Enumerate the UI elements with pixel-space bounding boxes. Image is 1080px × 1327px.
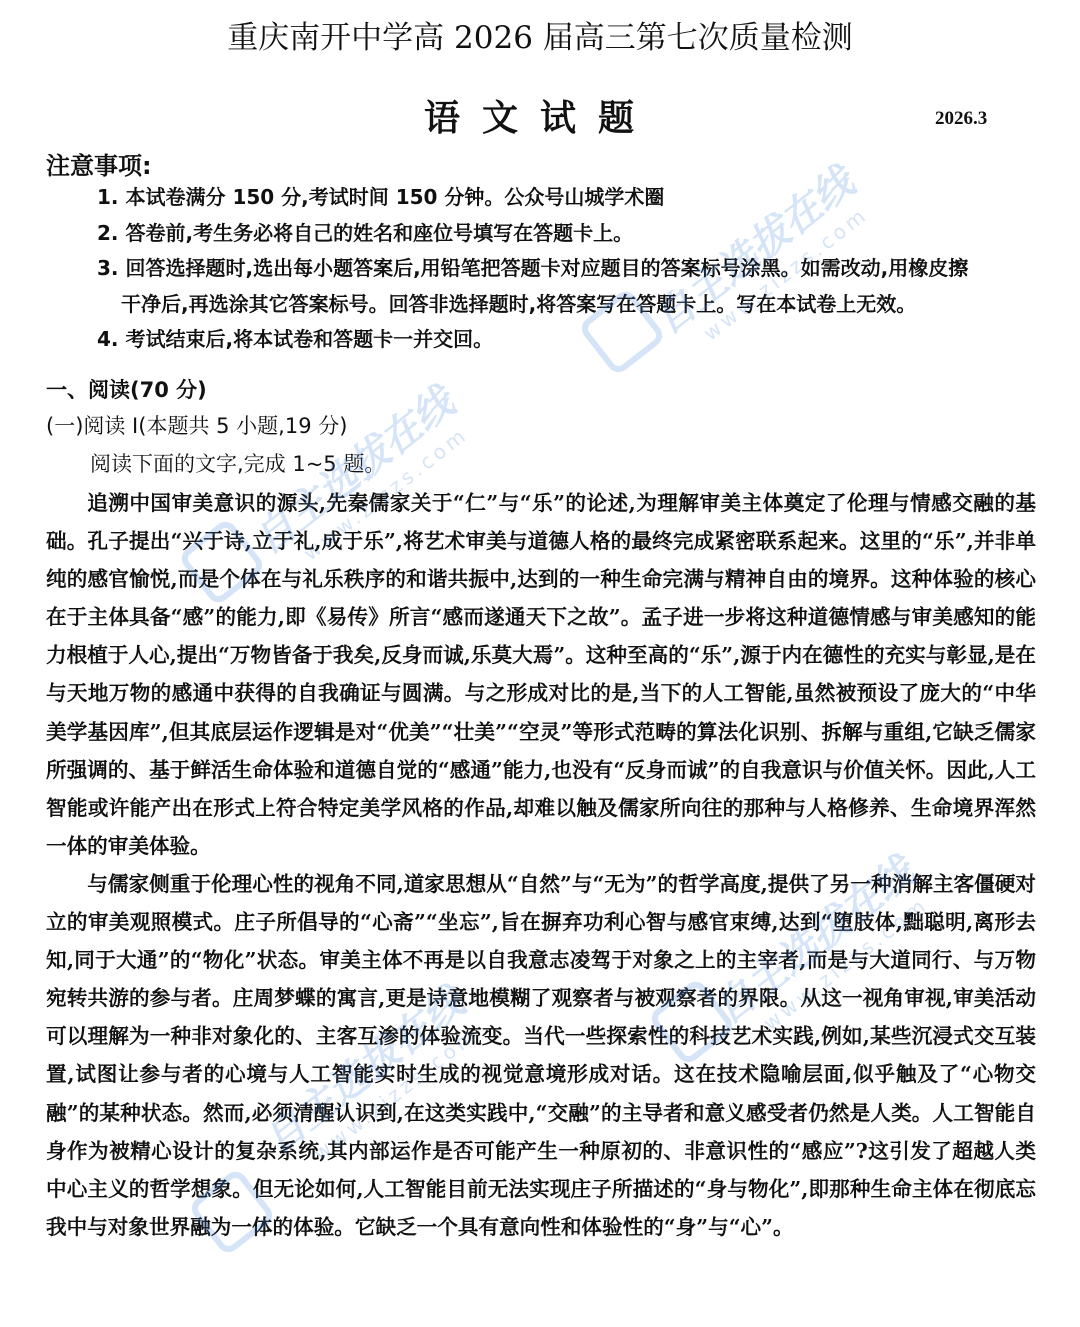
- section-heading: 一、阅读(70 分): [46, 374, 207, 404]
- notice-item-text: 2. 答卷前,考生务必将自己的姓名和座位号填写在答题卡上。: [97, 221, 633, 245]
- reading-passage: 追溯中国审美意识的源头,先秦儒家关于“仁”与“乐”的论述,为理解审美主体奠定了伦…: [46, 484, 1036, 1246]
- notice-item-continuation: 干净后,再选涂其它答案标号。回答非选择题时,将答案写在答题卡上。写在本试卷上无效…: [97, 287, 1047, 323]
- notice-item-text: 4. 考试结束后,将本试卷和答题卡一并交回。: [97, 327, 493, 351]
- passage-paragraph: 与儒家侧重于伦理心性的视角不同,道家思想从“自然”与“无为”的哲学高度,提供了另…: [46, 865, 1036, 1246]
- notice-heading: 注意事项:: [46, 146, 152, 181]
- notice-item: 4. 考试结束后,将本试卷和答题卡一并交回。: [97, 322, 1047, 358]
- notice-item: 1. 本试卷满分 150 分,考试时间 150 分钟。公众号山城学术圈: [97, 180, 1047, 216]
- page-header-title: 重庆南开中学高 2026 届高三第七次质量检测: [0, 12, 1080, 57]
- notice-item: 3. 回答选择题时,选出每小题答案后,用铅笔把答题卡对应题目的答案标号涂黑。如需…: [97, 251, 1047, 322]
- subject-title: 语文试题: [0, 90, 1080, 141]
- notice-item: 2. 答卷前,考生务必将自己的姓名和座位号填写在答题卡上。: [97, 216, 1047, 252]
- reading-instruction: 阅读下面的文字,完成 1~5 题。: [90, 448, 385, 478]
- passage-paragraph: 追溯中国审美意识的源头,先秦儒家关于“仁”与“乐”的论述,为理解审美主体奠定了伦…: [46, 484, 1036, 865]
- subsection-heading: (一)阅读 I(本题共 5 小题,19 分): [46, 410, 347, 440]
- exam-date: 2026.3: [935, 108, 987, 130]
- notice-item-text: 3. 回答选择题时,选出每小题答案后,用铅笔把答题卡对应题目的答案标号涂黑。如需…: [97, 256, 968, 280]
- notice-list: 1. 本试卷满分 150 分,考试时间 150 分钟。公众号山城学术圈 2. 答…: [97, 180, 1047, 358]
- notice-item-text: 1. 本试卷满分 150 分,考试时间 150 分钟。公众号山城学术圈: [97, 185, 664, 209]
